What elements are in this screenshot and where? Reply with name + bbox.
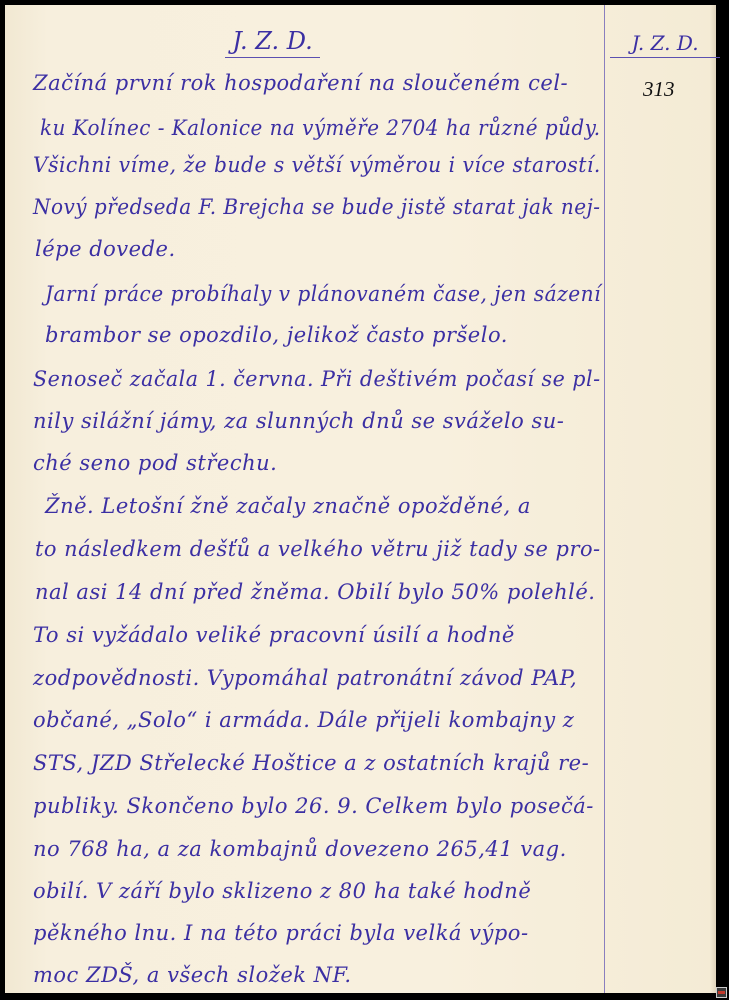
handwritten-line: brambor se opozdilo, jelikož často pršel… [45, 323, 508, 347]
margin-rule [604, 5, 605, 993]
handwritten-line: občané, „Solo“ i armáda. Dále přijeli ko… [33, 708, 574, 732]
page-number: 313 [643, 77, 675, 102]
handwritten-line: Všichni víme, že bude s větší výměrou i … [33, 153, 601, 177]
page-edge-shadow [710, 5, 716, 993]
handwritten-line: to následkem dešťů a velkého větru již t… [35, 537, 601, 561]
handwritten-line: Jarní práce probíhaly v plánovaném čase,… [45, 282, 601, 306]
handwritten-line: To si vyžádalo veliké pracovní úsilí a h… [33, 623, 515, 647]
handwritten-line: no 768 ha, a za kombajnů dovezeno 265,41… [33, 837, 567, 861]
viewer-corner-icon [716, 987, 727, 998]
handwritten-line: lépe dovede. [35, 237, 176, 261]
handwritten-line: publiky. Skončeno bylo 26. 9. Celkem byl… [33, 794, 594, 818]
handwritten-line: ché seno pod střechu. [33, 451, 277, 475]
handwritten-line: nily silážní jámy, za slunných dnů se sv… [33, 409, 564, 433]
page-heading: J. Z. D. [225, 27, 320, 58]
document-page: J. Z. D. J. Z. D. 313 Začíná první rok h… [5, 5, 716, 993]
handwritten-line: pěkného lnu. I na této práci byla velká … [33, 921, 529, 945]
handwritten-line: zodpovědnosti. Vypomáhal patronátní závo… [33, 666, 577, 690]
handwritten-line: Začíná první rok hospodaření na sloučené… [33, 71, 568, 95]
handwritten-line: Nový předseda F. Brejcha se bude jistě s… [33, 195, 601, 219]
handwritten-line: STS, JZD Střelecké Hoštice a z ostatních… [33, 751, 589, 775]
handwritten-line: moc ZDŠ, a všech složek NF. [33, 963, 352, 987]
handwritten-line: Senoseč začala 1. června. Při deštivém p… [33, 367, 601, 391]
handwritten-line: nal asi 14 dní před žněma. Obilí bylo 50… [35, 580, 595, 604]
handwritten-line: Žně. Letošní žně začaly značně opožděné,… [45, 494, 531, 518]
handwritten-line: obilí. V září bylo sklizeno z 80 ha také… [33, 879, 531, 903]
margin-heading: J. Z. D. [610, 31, 720, 58]
handwritten-line: ku Kolínec - Kalonice na výměře 2704 ha … [40, 116, 601, 140]
